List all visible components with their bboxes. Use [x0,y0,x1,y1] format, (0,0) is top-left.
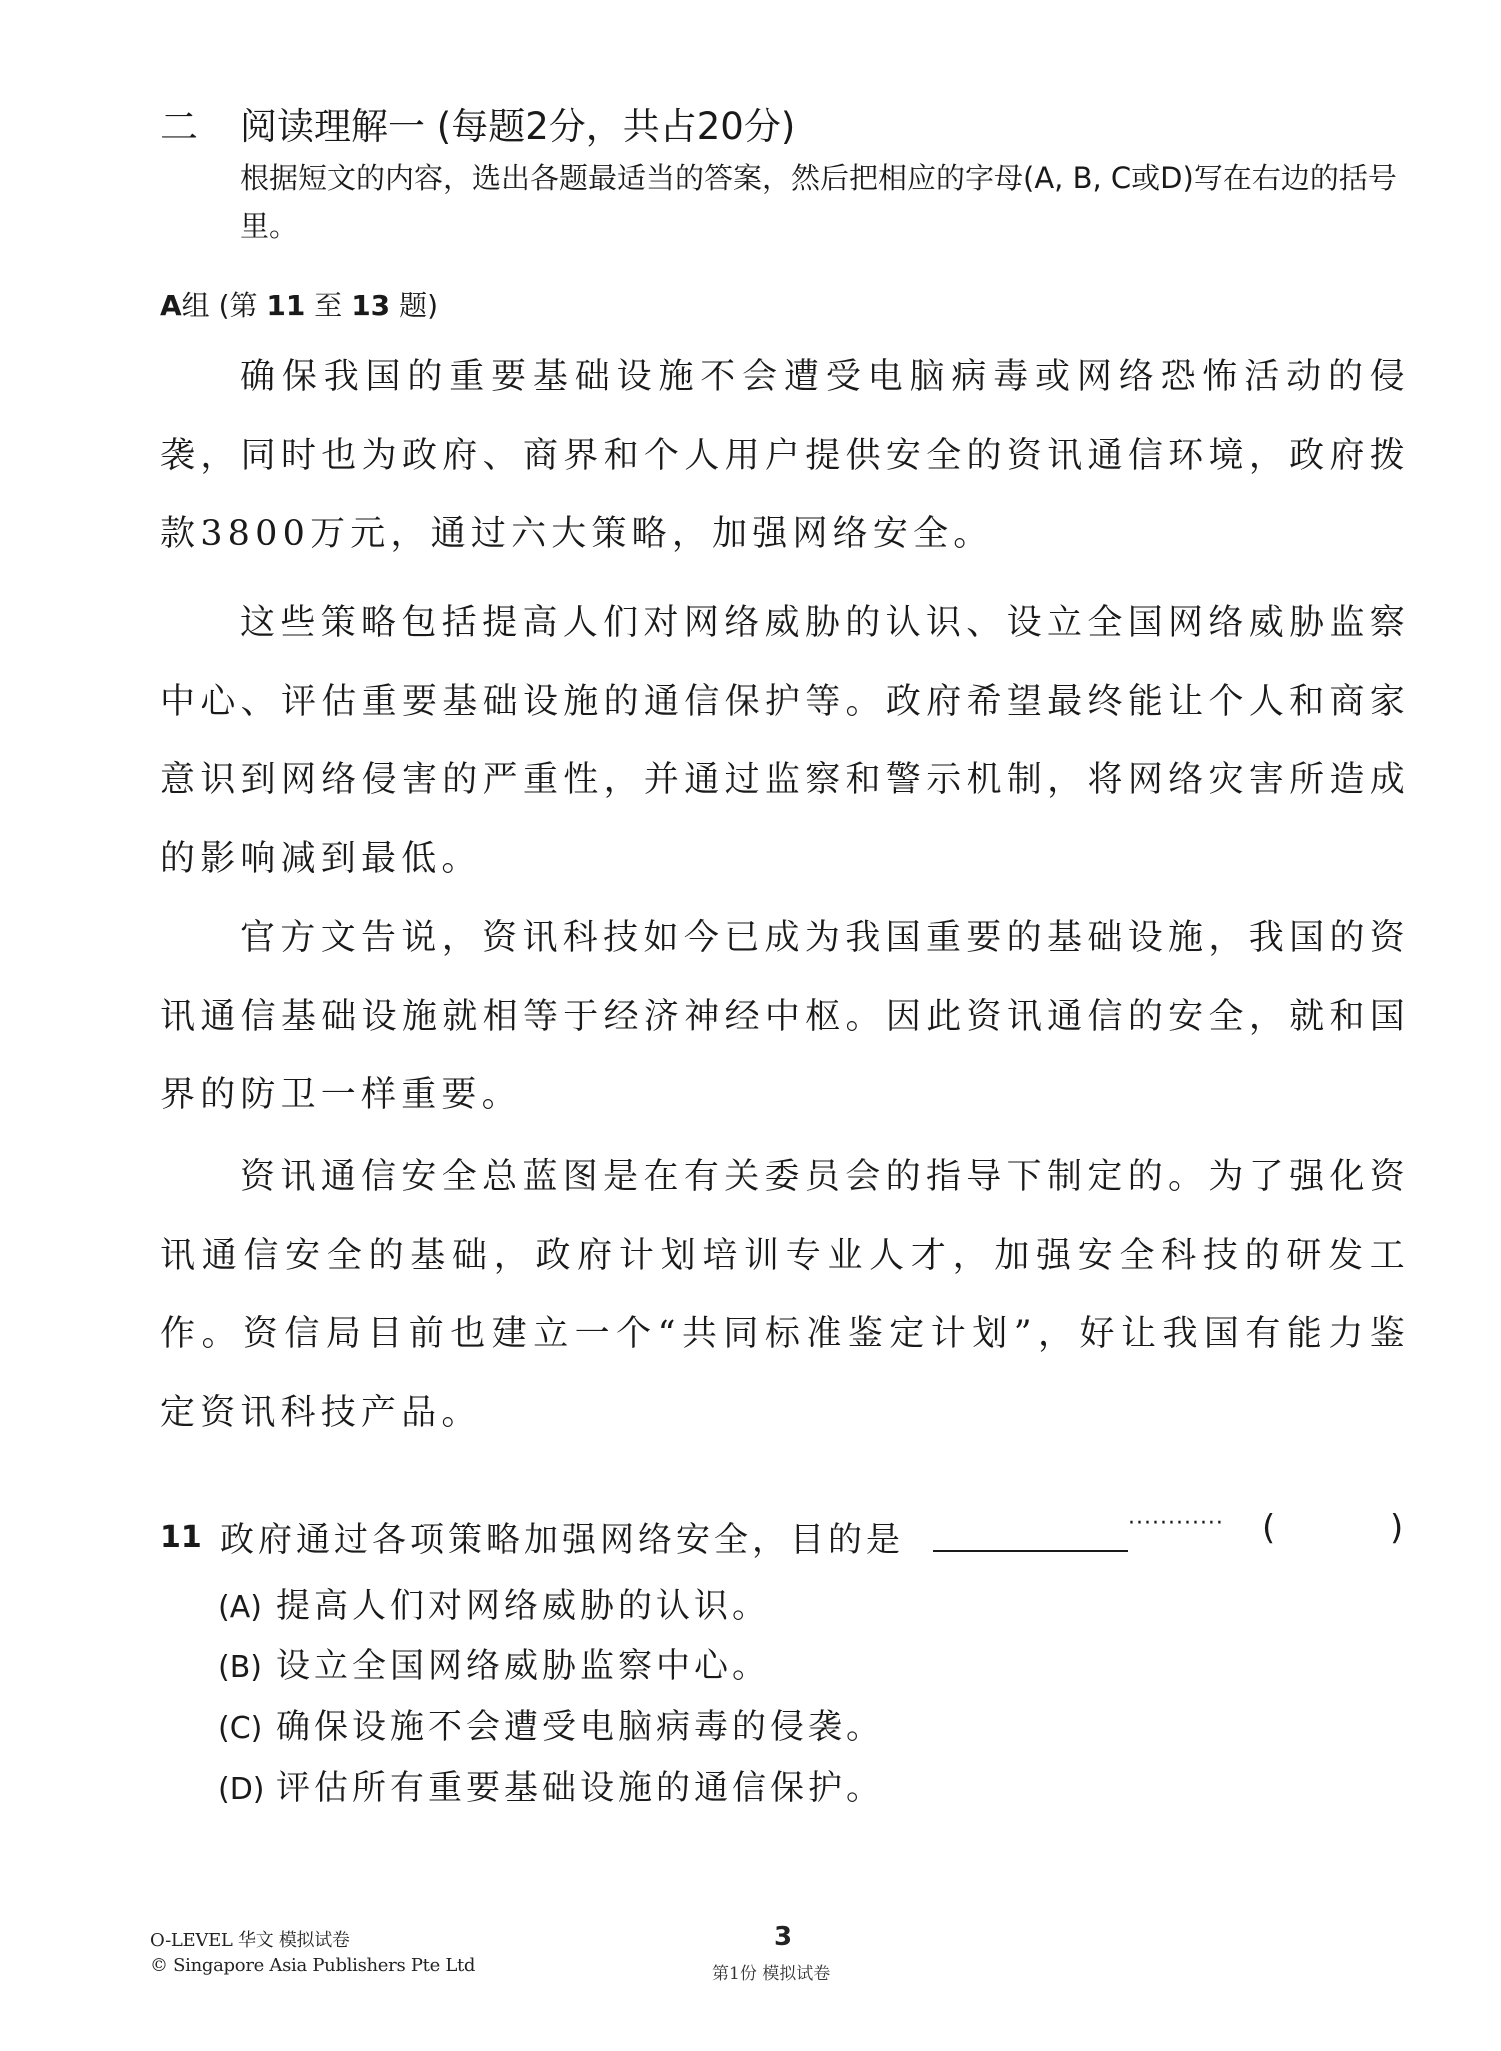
option-a: (A) 提高人们对网络威胁的认识。 [218,1578,770,1627]
footer-publisher: O-LEVEL 华文 模拟试卷 © Singapore Asia Publish… [150,1928,475,1978]
group-mid: 至 [314,289,342,322]
option-letter: (A) [218,1590,276,1625]
passage-paragraph-3: 官方文告说，资讯科技如今已成为我国重要的基础设施，我国的资讯通信基础设施就相等于… [160,899,1410,1135]
answer-paren-open: ( [1262,1508,1275,1548]
page-number: 3 [774,1922,792,1952]
section-instructions: 根据短文的内容，选出各题最适当的答案，然后把相应的字母(A, B, C或D)写在… [240,154,1420,250]
passage-paragraph-1: 确保我国的重要基础设施不会遭受电脑病毒或网络恐怖活动的侵袭，同时也为政府、商界和… [160,338,1410,574]
section-title: 阅读理解一 (每题2分，共占20分) [240,96,795,150]
fill-blank-line [933,1550,1128,1552]
option-text: 评估所有重要基础设施的通信保护。 [276,1760,884,1809]
group-end: 13 [351,289,390,322]
section-number: 二 [160,96,200,151]
option-b: (B) 设立全国网络威胁监察中心。 [218,1638,770,1687]
passage-paragraph-2: 这些策略包括提高人们对网络威胁的认识、设立全国网络威胁监察中心、评估重要基础设施… [160,584,1410,898]
group-suffix: 题) [399,289,438,322]
question-number: 11 [160,1520,202,1555]
option-text: 确保设施不会遭受电脑病毒的侵袭。 [276,1699,884,1748]
group-label: A组 (第 11 至 13 题) [160,284,438,324]
group-start: 11 [266,289,305,322]
group-letter: A [160,289,182,322]
option-letter: (C) [218,1711,276,1746]
group-label-text: 组 (第 [182,289,258,322]
option-c: (C) 确保设施不会遭受电脑病毒的侵袭。 [218,1699,884,1748]
paper-label: 第1份 模拟试卷 [712,1959,830,1984]
passage-paragraph-4: 资讯通信安全总蓝图是在有关委员会的指导下制定的。为了强化资讯通信安全的基础，政府… [160,1138,1410,1452]
option-letter: (B) [218,1650,276,1685]
answer-paren-close: ) [1390,1508,1403,1548]
answer-field[interactable] [1285,1510,1385,1555]
option-text: 设立全国网络威胁监察中心。 [276,1638,770,1687]
option-d: (D) 评估所有重要基础设施的通信保护。 [218,1760,884,1809]
option-text: 提高人们对网络威胁的认识。 [276,1578,770,1627]
footer-copyright: © Singapore Asia Publishers Pte Ltd [150,1953,475,1978]
leader-dots: ············ [1128,1511,1224,1536]
question-stem: 政府通过各项策略加强网络安全，目的是 [220,1512,904,1561]
footer-series: O-LEVEL 华文 模拟试卷 [150,1928,475,1953]
option-letter: (D) [218,1772,276,1807]
